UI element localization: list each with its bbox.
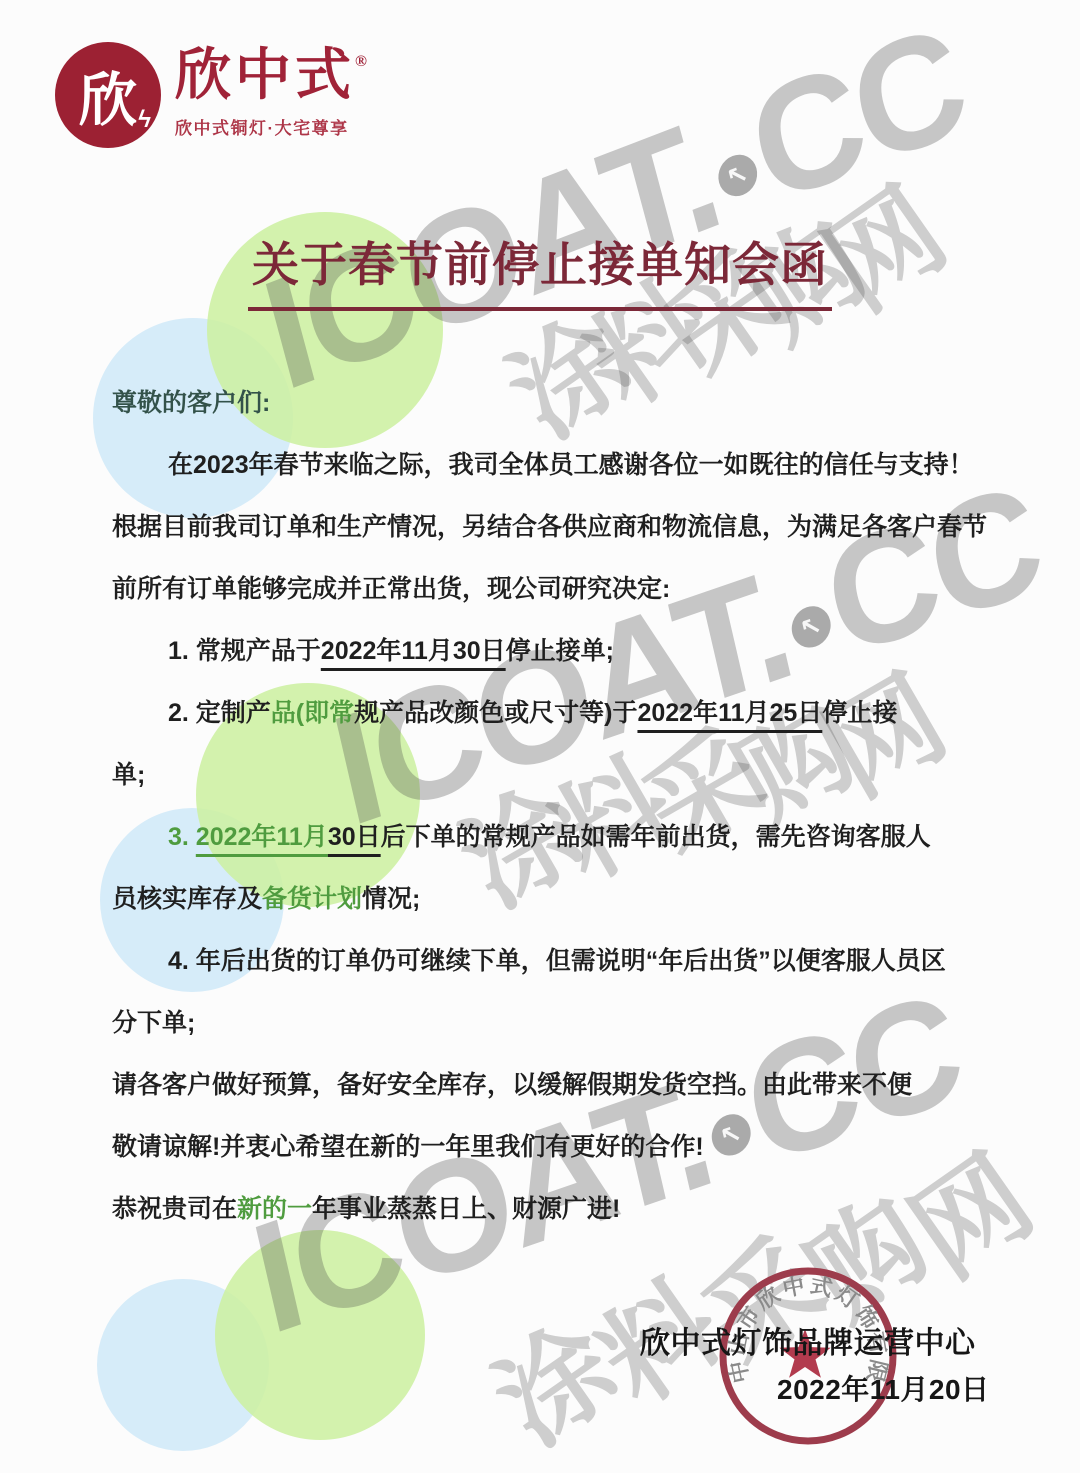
text-segment: 分下单; bbox=[112, 1009, 195, 1037]
text-segment: 2022年11月 bbox=[196, 823, 328, 851]
logo-swirl-icon: ϟ bbox=[138, 106, 151, 134]
text-segment: 新的一 bbox=[237, 1195, 312, 1223]
text-segment: 2. 定制产 bbox=[168, 699, 271, 727]
text-segment: 4. 年后出货的订单仍可继续下单，但需说明“年后出货”以便客服人员区 bbox=[168, 947, 946, 975]
body-line: 请各客户做好预算，备好安全库存，以缓解假期发货空挡。由此带来不便 bbox=[112, 1054, 997, 1116]
text-segment: 年事业蒸蒸日上、财源广进! bbox=[312, 1195, 620, 1223]
icoat-logo-mark-icon: ↖ bbox=[713, 149, 761, 202]
registered-trademark-icon: ® bbox=[355, 53, 367, 70]
signature-company: 欣中式灯饰品牌运营中心 bbox=[640, 1318, 976, 1362]
body-line: 在2023年春节来临之际，我司全体员工感谢各位一如既往的信任与支持！ bbox=[112, 434, 997, 496]
body-line: 1. 常规产品于2022年11月30日停止接单; bbox=[112, 620, 997, 682]
brand-logo-icon: 欣 ϟ bbox=[55, 42, 161, 148]
text-segment: 备货计划 bbox=[262, 885, 362, 913]
text-segment: 3. bbox=[168, 823, 196, 851]
text-segment: 员核实库存及 bbox=[112, 885, 262, 913]
body-line: 敬请谅解!并衷心希望在新的一年里我们有更好的合作! bbox=[112, 1116, 997, 1178]
notice-letter-page: ICOAT.↖CC涂料采购网 ICOAT.↖CC涂料采购网 ICOAT.↖CC涂… bbox=[0, 0, 1080, 1473]
text-segment: 后下单的常规产品如需年前出货，需先咨询客服人 bbox=[381, 823, 931, 851]
letter-body: 尊敬的客户们:在2023年春节来临之际，我司全体员工感谢各位一如既往的信任与支持… bbox=[112, 372, 997, 1240]
text-segment: 在2023年春节来临之际，我司全体员工感谢各位一如既往的信任与支持！ bbox=[168, 451, 974, 479]
text-segment: 尊敬的客户们: bbox=[112, 389, 270, 417]
text-segment: 停止接单; bbox=[506, 637, 614, 665]
signature-date: 2022年11月20日 bbox=[777, 1368, 990, 1408]
text-segment: 单; bbox=[112, 761, 145, 789]
document-title: 关于春节前停止接单知会函 bbox=[248, 228, 832, 311]
brand-text-block: 欣中式® 欣中式铜灯·大宅尊享 bbox=[175, 42, 367, 139]
body-line: 分下单; bbox=[112, 992, 997, 1054]
body-line: 4. 年后出货的订单仍可继续下单，但需说明“年后出货”以便客服人员区 bbox=[112, 930, 997, 992]
text-segment: 根据目前我司订单和生产情况，另结合各供应商和物流信息，为满足各客户春节 bbox=[112, 513, 987, 541]
text-segment: 前所有订单能够完成并正常出货，现公司研究决定: bbox=[112, 575, 670, 603]
body-line: 单; bbox=[112, 744, 997, 806]
text-segment: 请各客户做好预算，备好安全库存，以缓解假期发货空挡。由此带来不便 bbox=[112, 1071, 912, 1099]
body-line: 员核实库存及备货计划情况; bbox=[112, 868, 997, 930]
text-segment: 恭祝贵司在 bbox=[112, 1195, 237, 1223]
body-line: 前所有订单能够完成并正常出货，现公司研究决定: bbox=[112, 558, 997, 620]
brand-logo: 欣 ϟ 欣中式® 欣中式铜灯·大宅尊享 bbox=[55, 42, 367, 148]
body-line: 恭祝贵司在新的一年事业蒸蒸日上、财源广进! bbox=[112, 1178, 997, 1240]
text-segment: 1. 常规产品于 bbox=[168, 637, 321, 665]
brand-name: 欣中式® bbox=[175, 46, 367, 108]
text-segment: 规产品改颜色或尺寸等)于 bbox=[354, 699, 637, 727]
text-segment: 停止接 bbox=[822, 699, 897, 727]
body-line: 2. 定制产品(即常规产品改颜色或尺寸等)于2022年11月25日停止接 bbox=[112, 682, 997, 744]
text-segment: 2022年11月30日 bbox=[321, 637, 506, 665]
body-line: 3. 2022年11月30日后下单的常规产品如需年前出货，需先咨询客服人 bbox=[112, 806, 997, 868]
company-seal: 中山市欣中式灯饰有限公司 bbox=[716, 1262, 911, 1467]
text-segment: 30日 bbox=[328, 823, 381, 851]
title-row: 关于春节前停止接单知会函 bbox=[0, 228, 1080, 311]
text-segment: 情况; bbox=[362, 885, 420, 913]
body-line: 根据目前我司订单和生产情况，另结合各供应商和物流信息，为满足各客户春节 bbox=[112, 496, 997, 558]
text-segment: 2022年11月25日 bbox=[637, 699, 822, 727]
text-segment: 品(即常 bbox=[271, 699, 354, 727]
text-segment: 敬请谅解!并衷心希望在新的一年里我们有更好的合作! bbox=[112, 1133, 704, 1161]
decor-circle-green-bottom bbox=[215, 1230, 425, 1440]
logo-character: 欣 bbox=[79, 53, 137, 137]
brand-tagline: 欣中式铜灯·大宅尊享 bbox=[175, 114, 367, 139]
body-line: 尊敬的客户们: bbox=[112, 372, 997, 434]
